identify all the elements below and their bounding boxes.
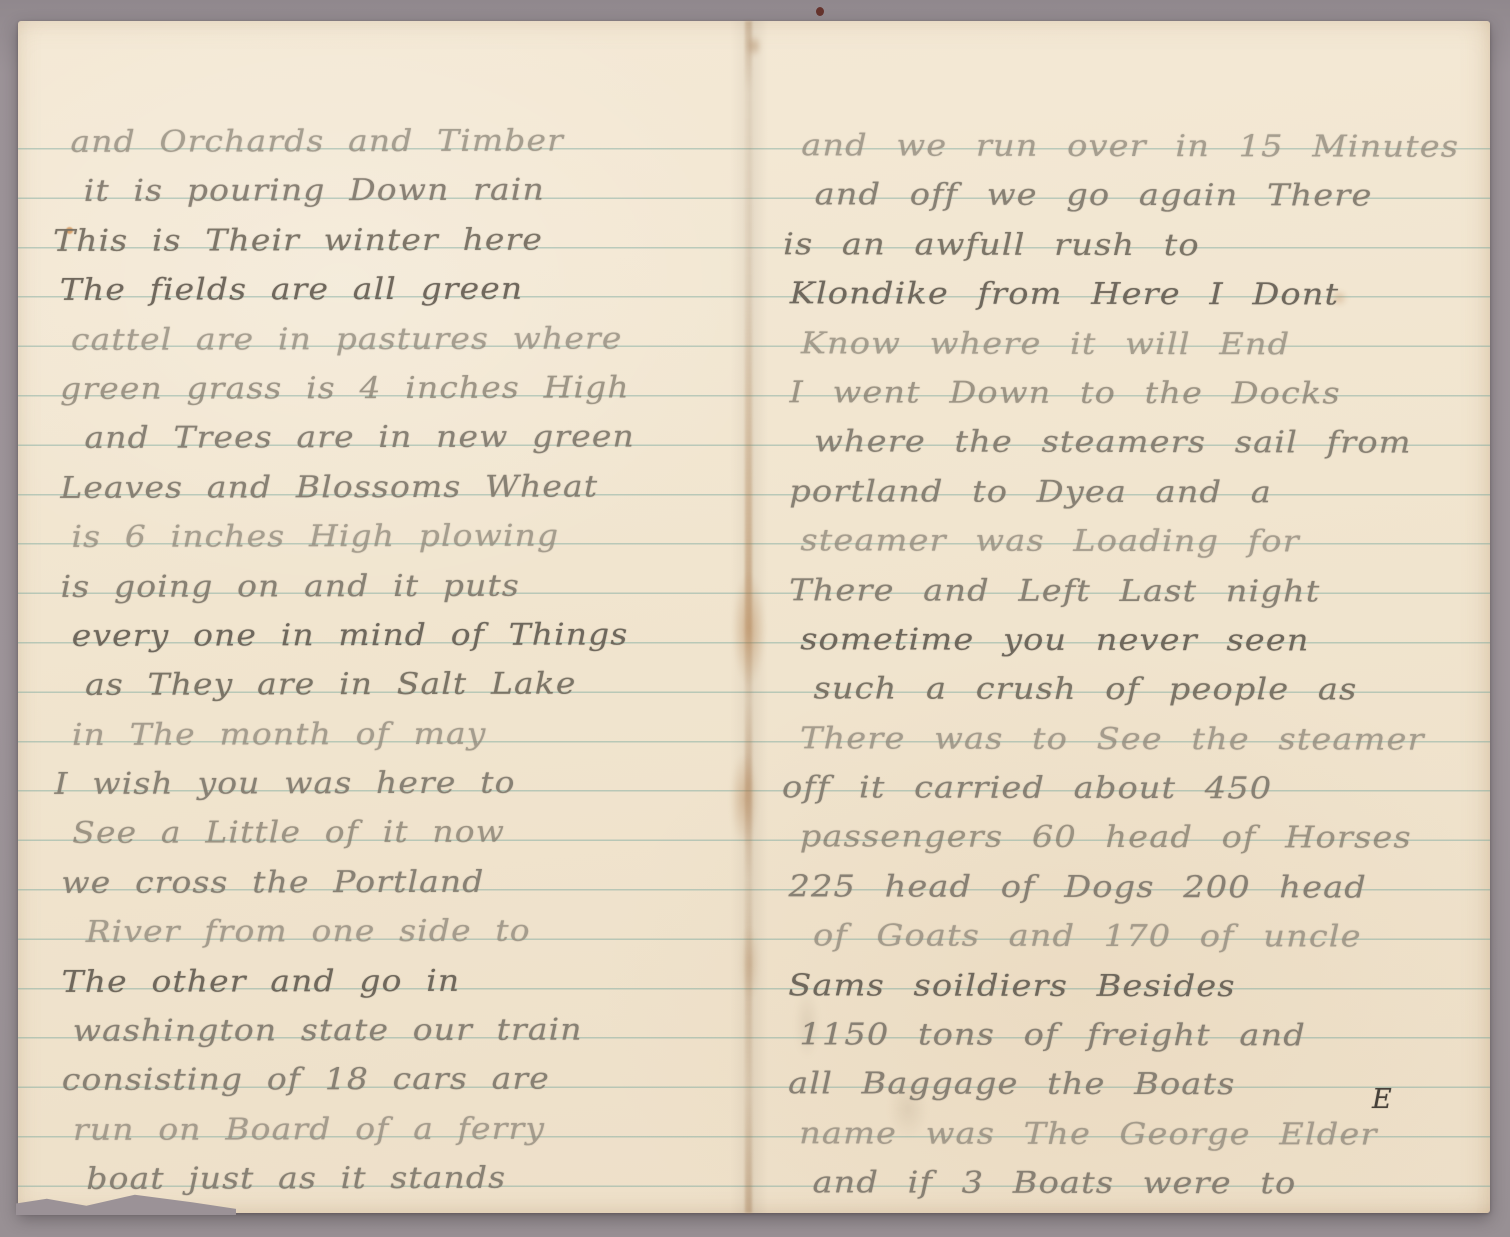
handwriting-line: Klondike from Here I Dont <box>781 269 1510 320</box>
handwriting-line: and off we go again There <box>781 171 1510 222</box>
handwriting-line: off it carried about 450 <box>780 763 1510 814</box>
handwriting-line: such a crush of people as <box>780 665 1510 716</box>
handwriting-line: where the steamers sail from <box>780 418 1510 469</box>
handwriting-line: green grass is 4 inches High <box>51 363 815 414</box>
handwriting-line: run on Board of a ferry <box>53 1104 817 1155</box>
handwriting-line: 225 head of Dogs 200 head <box>779 862 1510 913</box>
right-page: and we run over in 15 Minutesand off we … <box>779 121 1487 1209</box>
handwriting-line: 1150 tons of freight and <box>779 1010 1510 1061</box>
handwriting-line: See a Little of it now <box>52 807 816 858</box>
handwriting-line: and Orchards and Timber <box>51 116 815 167</box>
handwriting-line: as They are in Salt Lake <box>52 659 816 710</box>
handwriting-line: is 6 inches High plowing <box>52 511 816 562</box>
handwriting-line: it is pouring Down rain <box>51 165 815 216</box>
handwriting-line: every one in mind of Things <box>52 610 816 661</box>
handwriting-line: The other and go in <box>53 956 817 1007</box>
letter-sheet: and Orchards and Timberit is pouring Dow… <box>18 21 1490 1213</box>
handwriting-line: cattel are in pastures where <box>51 313 815 364</box>
handwriting-line: of Goats and 170 of uncle <box>779 912 1510 963</box>
handwriting-line: Leaves and Blossoms Wheat <box>51 462 815 513</box>
handwriting-line: boat just as it stands <box>53 1153 817 1204</box>
handwriting-line: we cross the Portland <box>53 857 817 908</box>
handwriting-line: I wish you was here to <box>52 758 816 809</box>
left-page: and Orchards and Timberit is pouring Dow… <box>51 116 748 1204</box>
handwriting-line: Know where it will End <box>781 319 1510 370</box>
handwriting-line: The fields are all green <box>51 264 815 315</box>
handwriting-line: is going on and it puts <box>52 560 816 611</box>
handwriting-line: steamer was Loading for <box>780 516 1510 567</box>
handwriting-line: name was The George Elder <box>779 1109 1510 1160</box>
handwriting-line: Sams soildiers Besides <box>779 961 1510 1012</box>
handwriting-line: This is Their winter here <box>51 215 815 266</box>
fold-stain <box>746 35 762 57</box>
handwriting-line: and we run over in 15 Minutes <box>781 121 1510 172</box>
inserted-letter-E: E <box>1372 1084 1392 1115</box>
handwriting-line: There and Left Last night <box>780 566 1510 617</box>
handwriting-line: consisting of 18 cars are <box>53 1054 817 1105</box>
handwriting-line: in The month of may <box>52 709 816 760</box>
handwriting-line: passengers 60 head of Horses <box>780 813 1510 864</box>
handwriting-line: and if 3 Boats were to <box>779 1158 1510 1209</box>
handwriting-line: is an awfull rush to <box>781 220 1510 271</box>
handwriting-line: portland to Dyea and a <box>780 467 1510 518</box>
handwriting-line: River from one side to <box>53 906 817 957</box>
handwriting-line: sometime you never seen <box>780 615 1510 666</box>
handwriting-line: all Baggage the Boats <box>779 1060 1510 1111</box>
handwriting-line: There was to See the steamer <box>780 714 1510 765</box>
red-ink-speck <box>816 7 824 16</box>
handwriting-line: I went Down to the Docks <box>781 368 1510 419</box>
handwriting-line: washington state our train <box>53 1005 817 1056</box>
handwriting-line: and Trees are in new green <box>51 412 815 463</box>
